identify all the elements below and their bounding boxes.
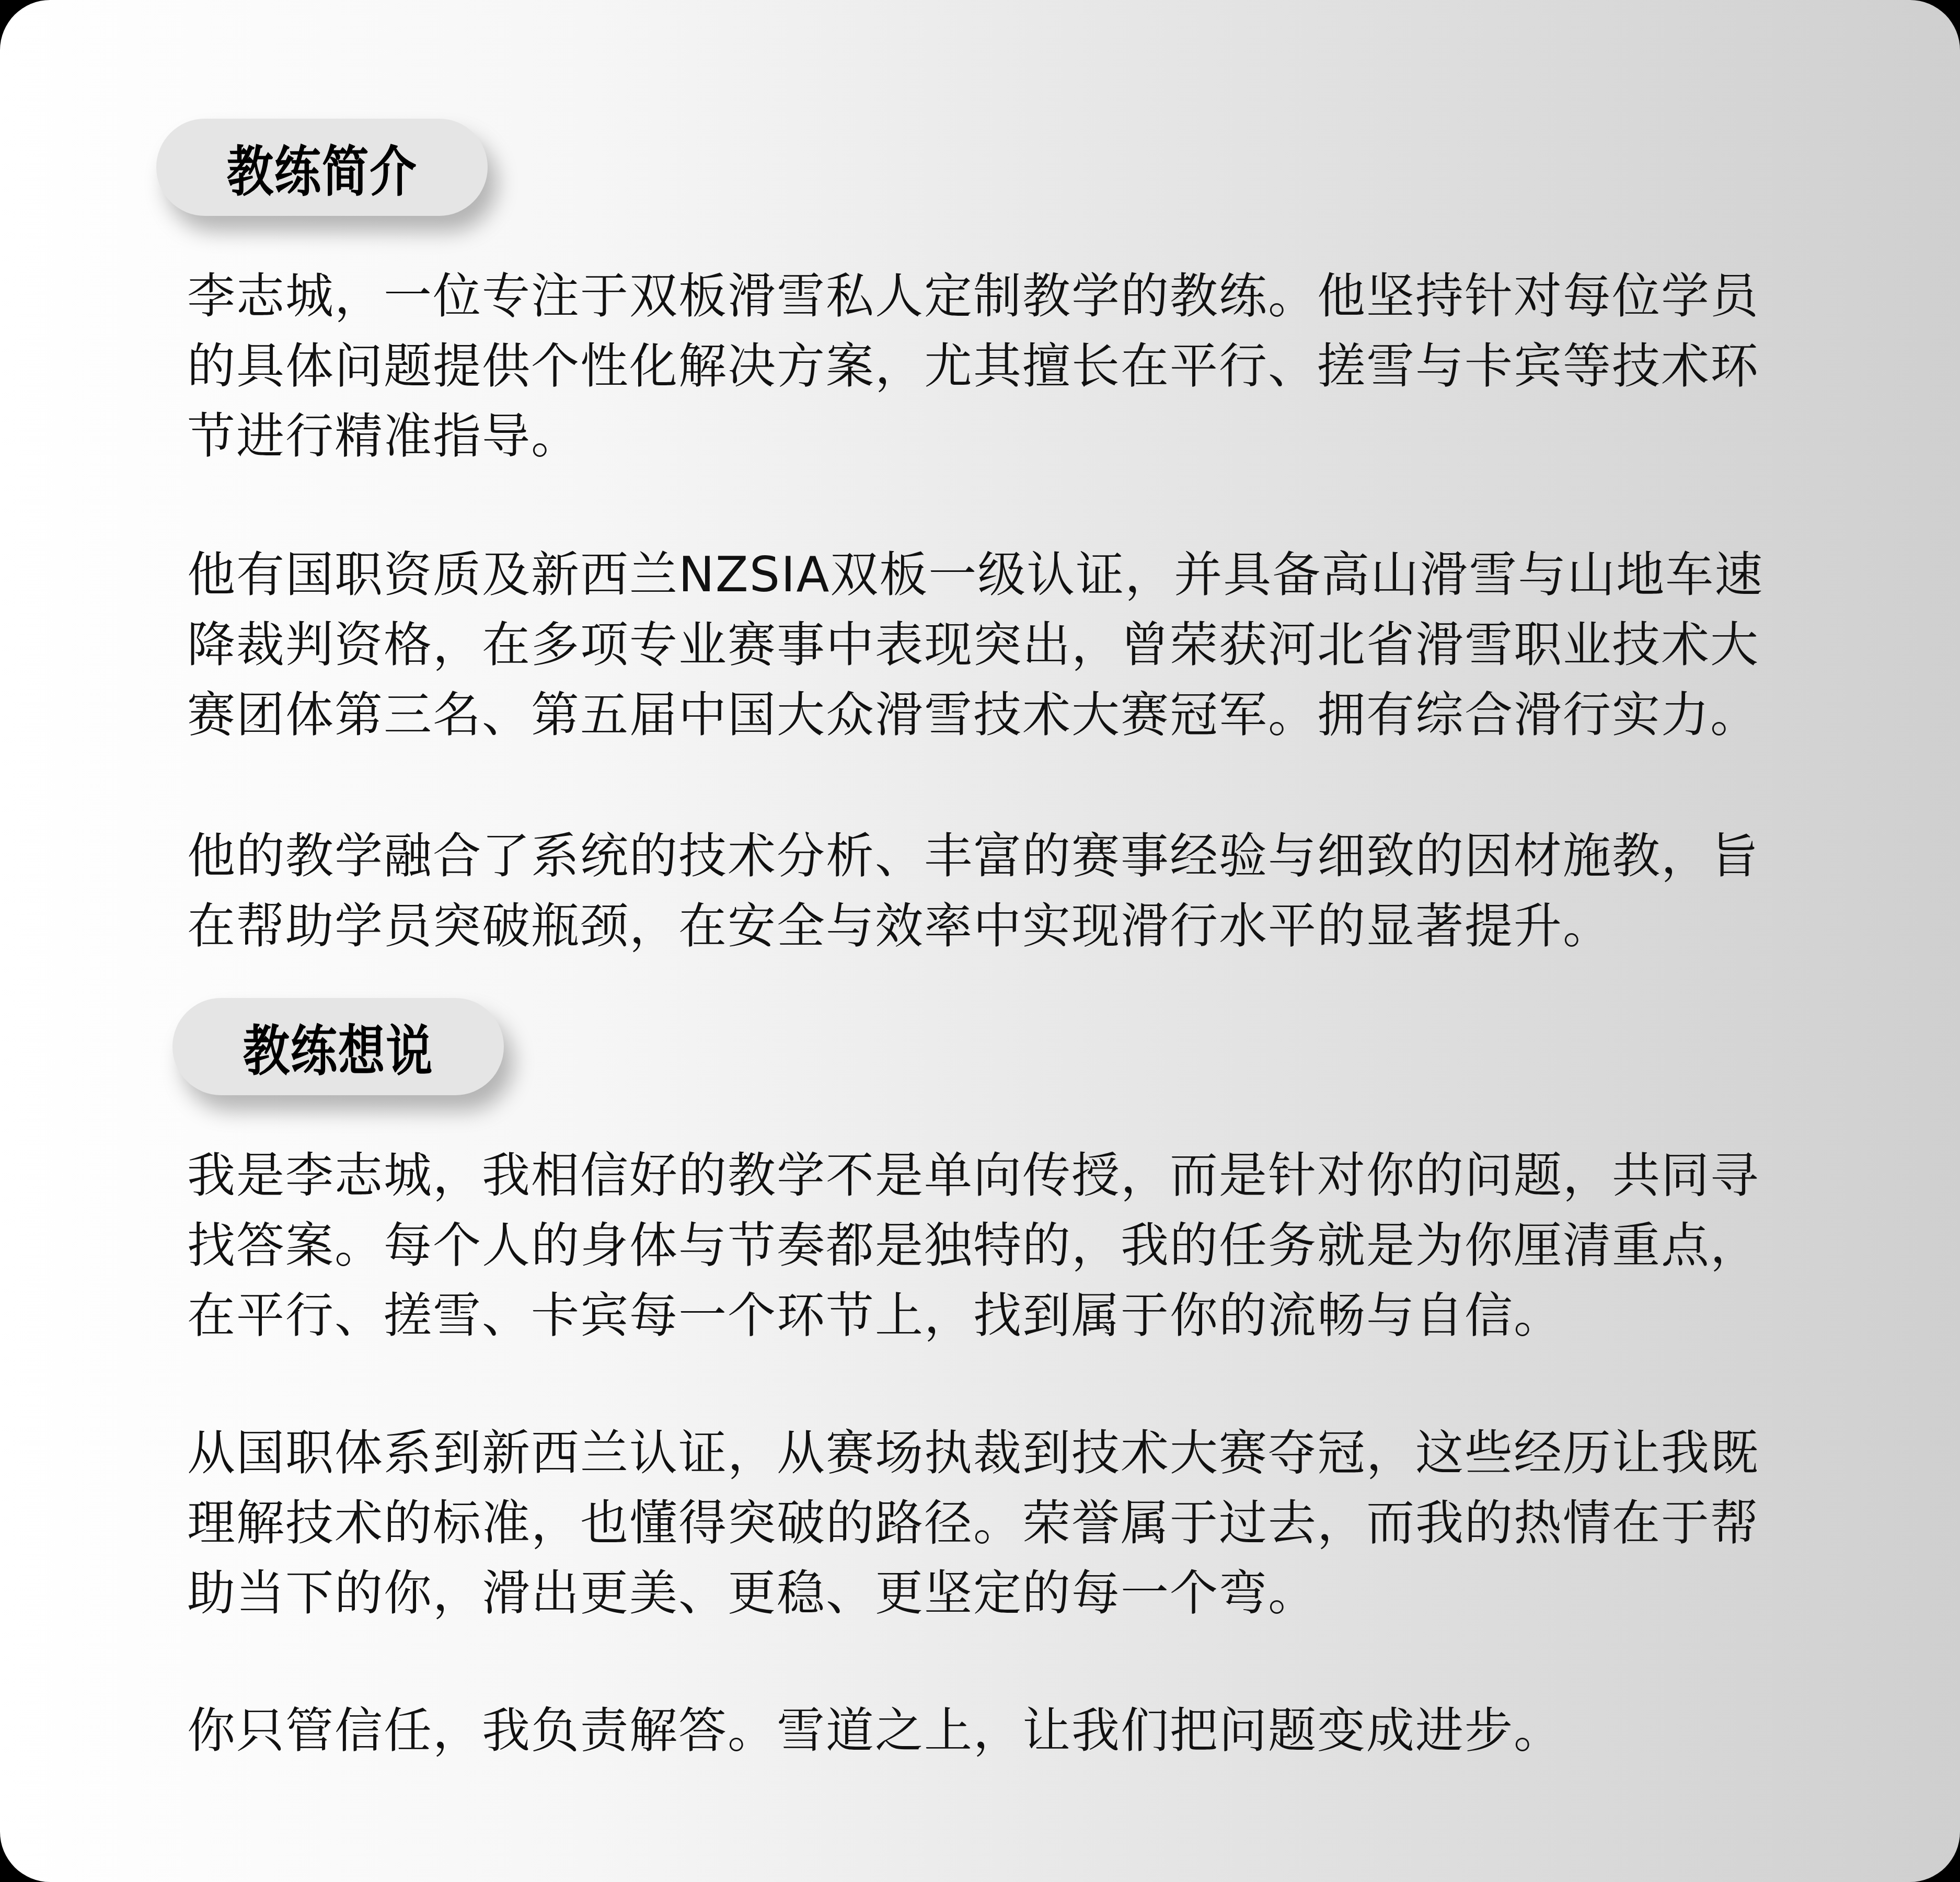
- text-line: 我是李志城，我相信好的教学不是单向传授，而是针对你的问题，共同寻: [187, 1141, 1786, 1211]
- text-line: 的具体问题提供个性化解决方案，尤其擅长在平行、搓雪与卡宾等技术环: [187, 331, 1786, 401]
- intro-paragraph-2: 他有国职资质及新西兰NZSIA双板一级认证，并具备高山滑雪与山地车速 降裁判资格…: [187, 540, 1786, 750]
- words-paragraph-3: 你只管信任，我负责解答。雪道之上，让我们把问题变成进步。: [187, 1696, 1786, 1766]
- intro-paragraph-3: 他的教学融合了系统的技术分析、丰富的赛事经验与细致的因材施教，旨 在帮助学员突破…: [187, 821, 1786, 961]
- text-line: 助当下的你，滑出更美、更稳、更坚定的每一个弯。: [187, 1558, 1786, 1628]
- text-line: 降裁判资格，在多项专业赛事中表现突出，曾荣获河北省滑雪职业技术大: [187, 610, 1786, 680]
- heading-text: 教练简介: [227, 128, 418, 206]
- words-paragraph-1: 我是李志城，我相信好的教学不是单向传授，而是针对你的问题，共同寻 找答案。每个人…: [187, 1141, 1786, 1351]
- words-paragraph-2: 从国职体系到新西兰认证，从赛场执裁到技术大赛夺冠，这些经历让我既 理解技术的标准…: [187, 1418, 1786, 1628]
- text-line: 赛团体第三名、第五届中国大众滑雪技术大赛冠军。拥有综合滑行实力。: [187, 680, 1786, 750]
- text-line: 李志城，一位专注于双板滑雪私人定制教学的教练。他坚持针对每位学员: [187, 261, 1786, 331]
- text-line: 在帮助学员突破瓶颈，在安全与效率中实现滑行水平的显著提升。: [187, 891, 1786, 961]
- text-line: 他的教学融合了系统的技术分析、丰富的赛事经验与细致的因材施教，旨: [187, 821, 1786, 891]
- section-heading-intro: 教练简介: [156, 119, 488, 216]
- text-line: 找答案。每个人的身体与节奏都是独特的，我的任务就是为你厘清重点，: [187, 1211, 1786, 1281]
- text-line: 从国职体系到新西兰认证，从赛场执裁到技术大赛夺冠，这些经历让我既: [187, 1418, 1786, 1488]
- section-heading-words: 教练想说: [172, 998, 504, 1095]
- text-line: 他有国职资质及新西兰NZSIA双板一级认证，并具备高山滑雪与山地车速: [187, 540, 1786, 610]
- text-line: 节进行精准指导。: [187, 401, 1786, 472]
- text-line: 你只管信任，我负责解答。雪道之上，让我们把问题变成进步。: [187, 1696, 1786, 1766]
- intro-paragraph-1: 李志城，一位专注于双板滑雪私人定制教学的教练。他坚持针对每位学员 的具体问题提供…: [187, 261, 1786, 472]
- text-line: 在平行、搓雪、卡宾每一个环节上，找到属于你的流畅与自信。: [187, 1281, 1786, 1351]
- heading-text: 教练想说: [243, 1007, 434, 1086]
- text-line: 理解技术的标准，也懂得突破的路径。荣誉属于过去，而我的热情在于帮: [187, 1488, 1786, 1558]
- coach-profile-card: 教练简介 李志城，一位专注于双板滑雪私人定制教学的教练。他坚持针对每位学员 的具…: [0, 0, 1960, 1882]
